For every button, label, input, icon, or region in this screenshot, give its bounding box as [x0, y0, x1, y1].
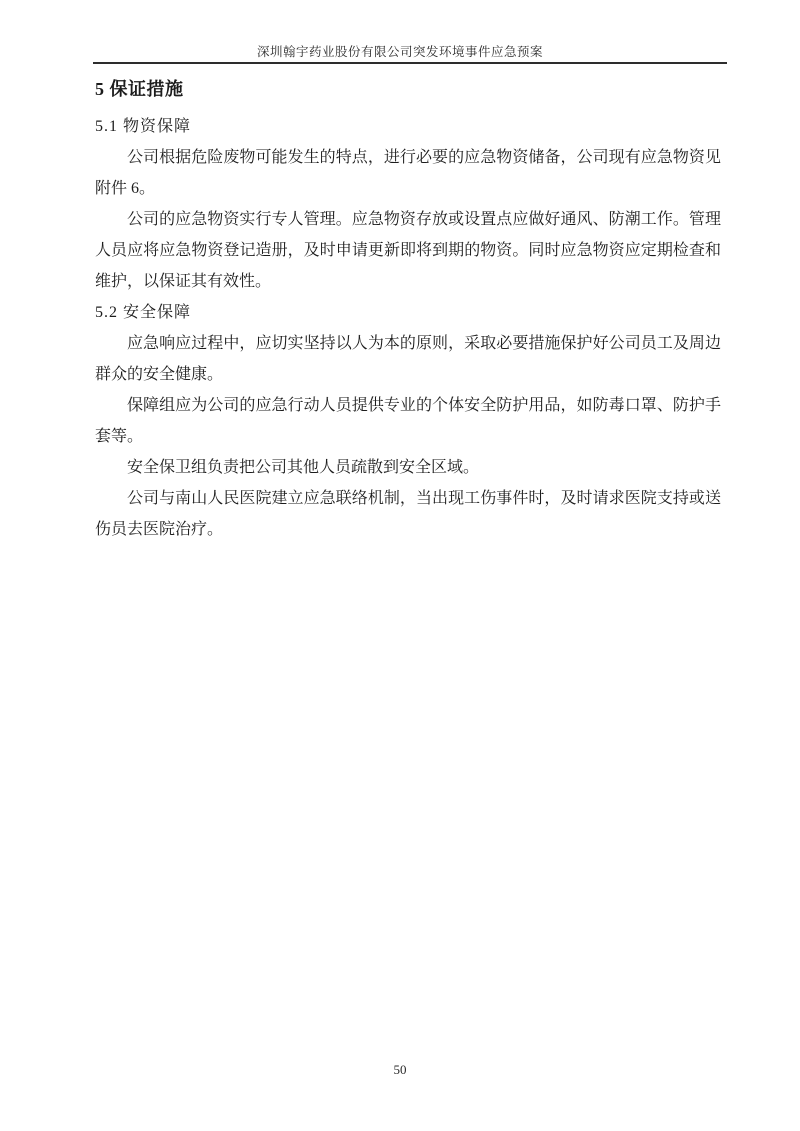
- page-number: 50: [394, 1062, 407, 1077]
- document-content: 5 保证措施 5.1 物资保障 公司根据危险废物可能发生的特点，进行必要的应急物…: [95, 76, 721, 545]
- paragraph-hospital-liaison: 公司与南山人民医院建立应急联络机制，当出现工伤事件时，及时请求医院支持或送伤员去…: [95, 483, 721, 545]
- header-rule: [93, 62, 727, 64]
- paragraph-materials-reserve: 公司根据危险废物可能发生的特点，进行必要的应急物资储备，公司现有应急物资见附件 …: [95, 142, 721, 204]
- paragraph-evacuation: 安全保卫组负责把公司其他人员疏散到安全区域。: [95, 452, 721, 483]
- header-title: 深圳翰宇药业股份有限公司突发环境事件应急预案: [0, 42, 800, 60]
- page-footer: 50: [0, 1062, 800, 1078]
- paragraph-safety-principle: 应急响应过程中，应切实坚持以人为本的原则，采取必要措施保护好公司员工及周边群众的…: [95, 328, 721, 390]
- paragraph-protective-equipment: 保障组应为公司的应急行动人员提供专业的个体安全防护用品，如防毒口罩、防护手套等。: [95, 390, 721, 452]
- section-heading-5-2: 5.2 安全保障: [95, 297, 721, 328]
- document-page: 深圳翰宇药业股份有限公司突发环境事件应急预案 5 保证措施 5.1 物资保障 公…: [0, 0, 800, 1131]
- section-heading-5-1: 5.1 物资保障: [95, 111, 721, 142]
- chapter-heading: 5 保证措施: [95, 76, 721, 102]
- paragraph-materials-management: 公司的应急物资实行专人管理。应急物资存放或设置点应做好通风、防潮工作。管理人员应…: [95, 204, 721, 297]
